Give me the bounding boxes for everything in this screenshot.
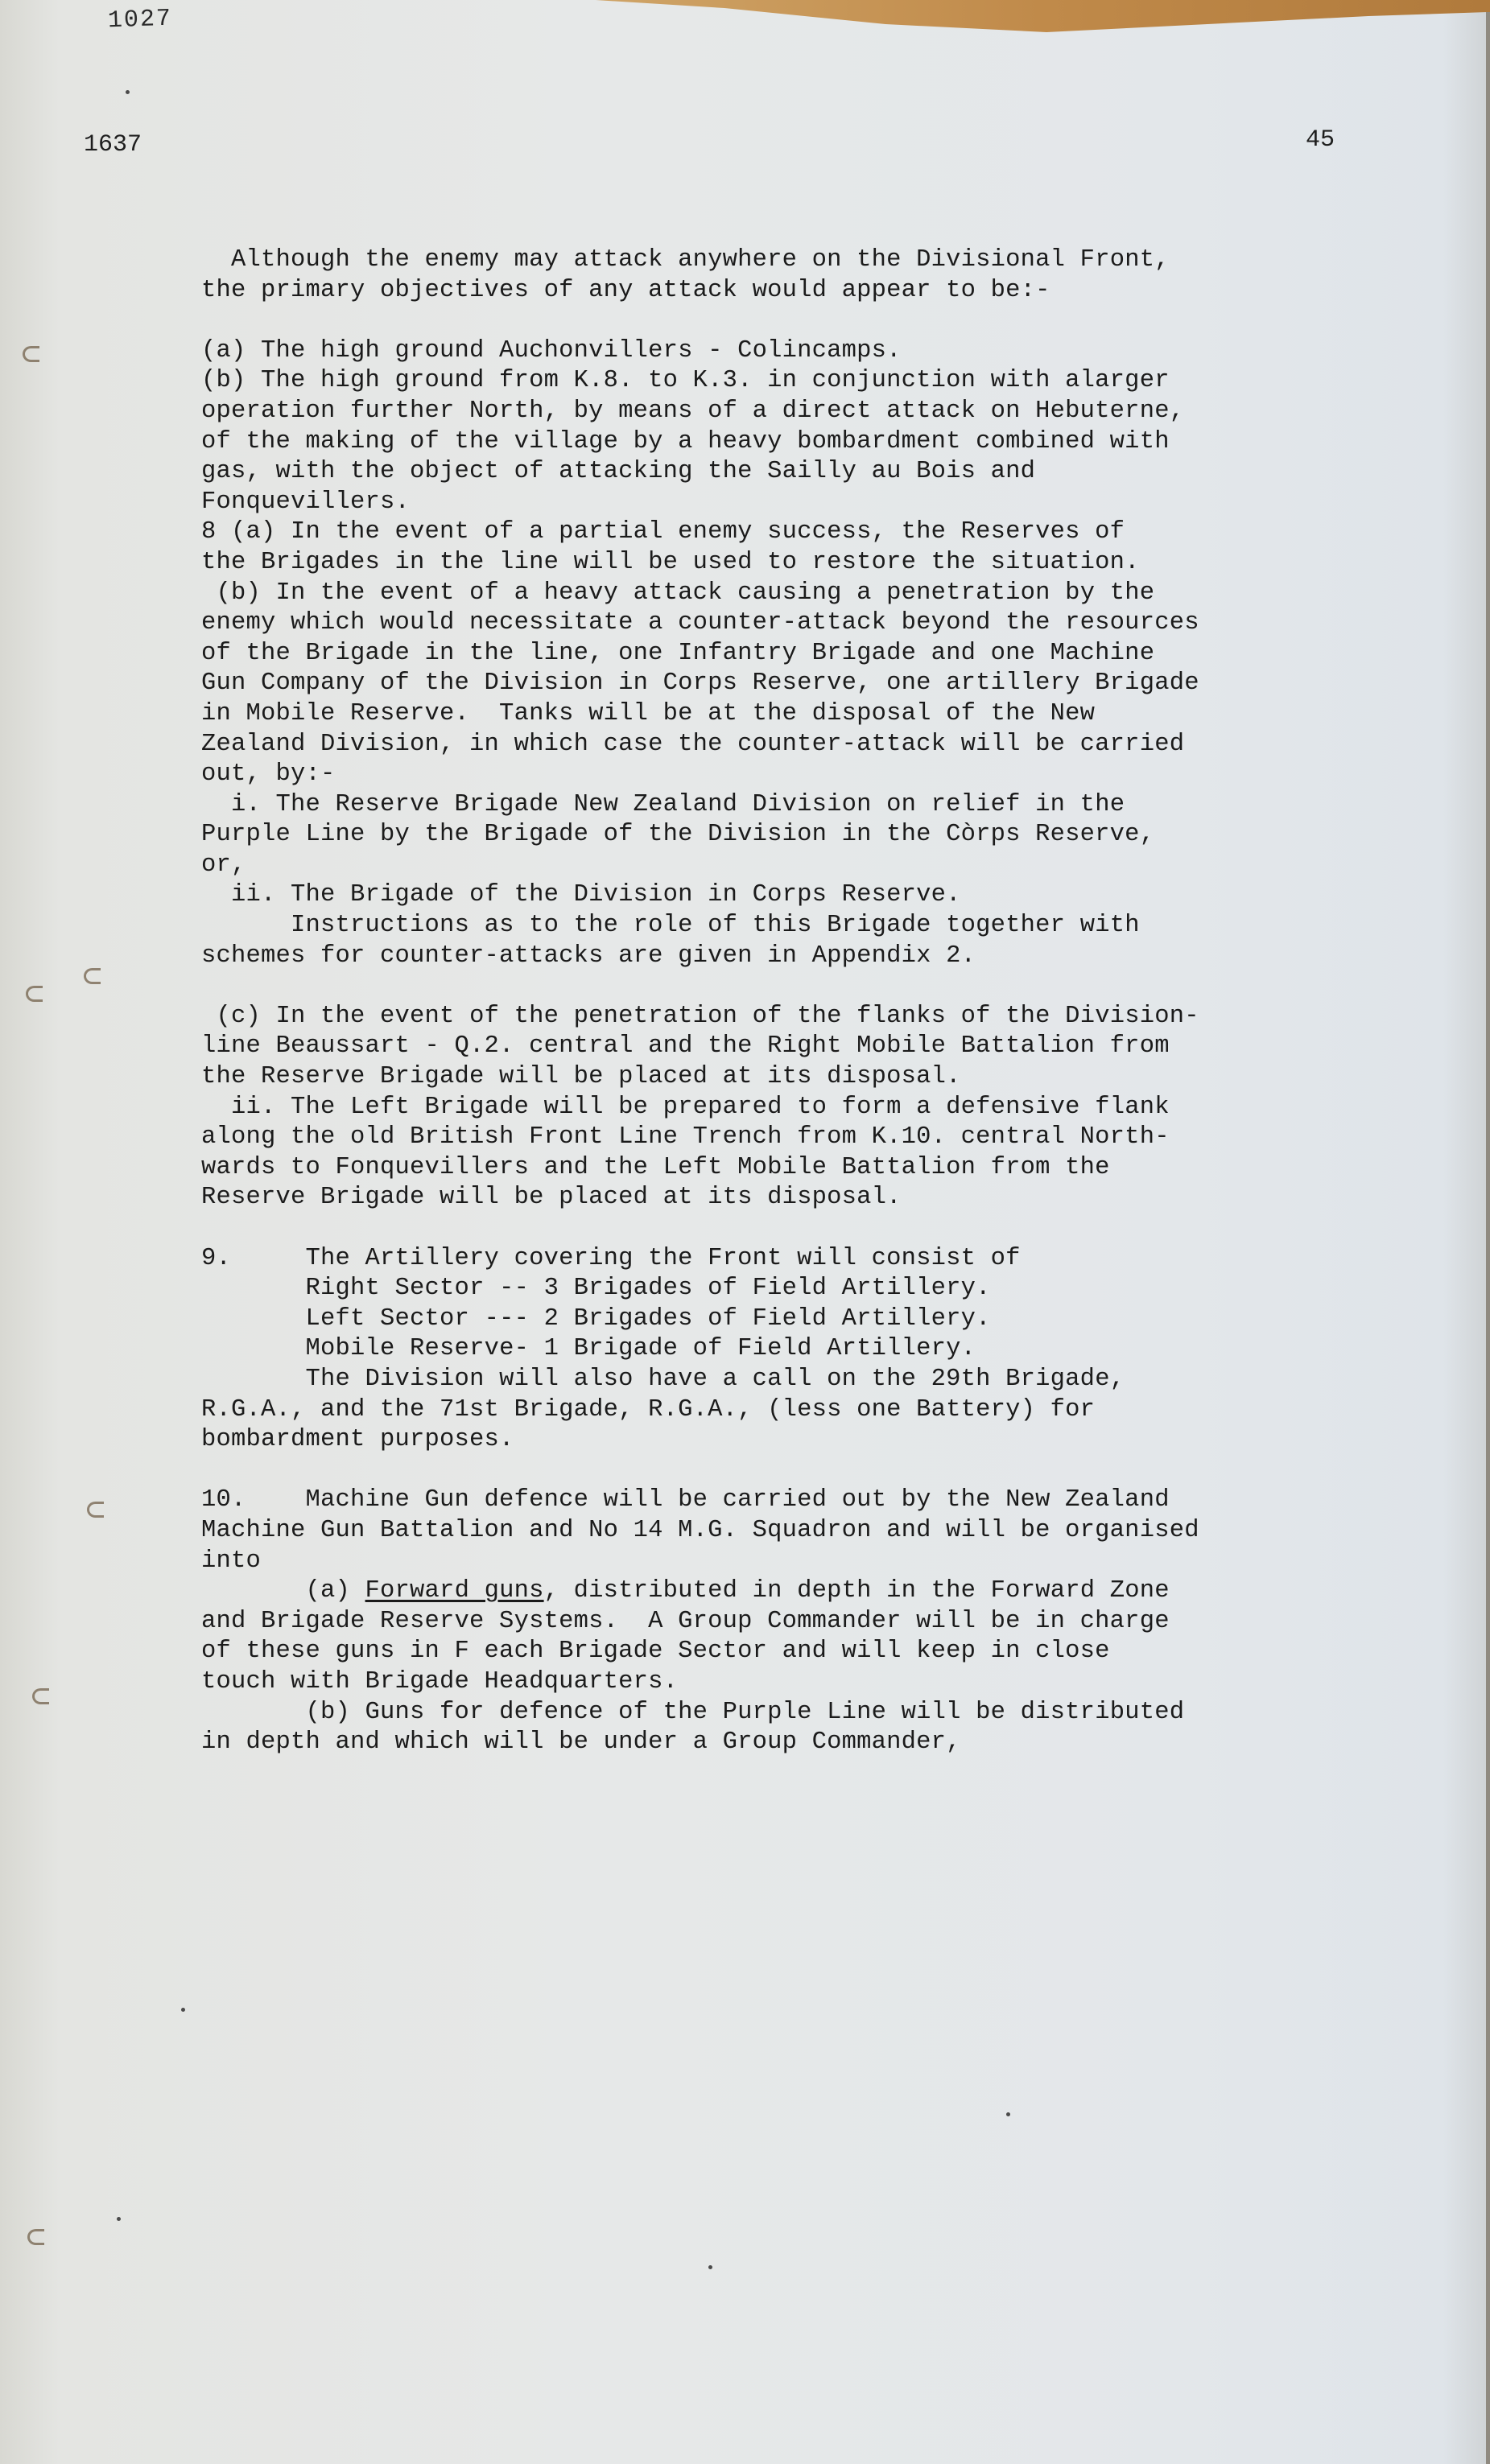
underlined-term: Forward guns (365, 1577, 544, 1605)
handwritten-reference: 1027 (107, 6, 172, 35)
text-line: line Beaussart - Q.2. central and the Ri… (201, 1032, 1489, 1062)
text-line: ii. The Brigade of the Division in Corps… (201, 880, 1489, 911)
line-text: Zealand Division, in which case the coun… (201, 731, 1184, 758)
text-line: (b) Guns for defence of the Purple Line … (201, 1698, 1489, 1729)
line-text: the Reserve Brigade will be placed at it… (201, 1063, 961, 1090)
text-line: Purple Line by the Brigade of the Divisi… (201, 820, 1489, 851)
line-text: enemy which would necessitate a counter-… (201, 609, 1199, 637)
line-text: of the Brigade in the line, one Infantry… (201, 640, 1154, 667)
text-line: enemy which would necessitate a counter-… (201, 608, 1489, 639)
line-text: Mobile Reserve- 1 Brigade of Field Artil… (306, 1335, 976, 1362)
line-text: or, (201, 851, 246, 879)
line-text: Purple Line by the Brigade of the Divisi… (201, 821, 1154, 848)
text-line: out, by:- (201, 760, 1489, 790)
line-text: Machine Gun Battalion and No 14 M.G. Squ… (201, 1517, 1199, 1544)
text-line: Left Sector --- 2 Brigades of Field Arti… (201, 1304, 1489, 1335)
text-line: bombardment purposes. (201, 1425, 1489, 1456)
punch-hole-mark (84, 968, 101, 984)
text-line: and Brigade Reserve Systems. A Group Com… (201, 1607, 1489, 1638)
text-line: ii. The Left Brigade will be prepared to… (201, 1093, 1489, 1123)
line-text: touch with Brigade Headquarters. (201, 1668, 678, 1696)
line-text: 8 (a) In the event of a partial enemy su… (201, 518, 1125, 546)
text-line: 9. The Artillery covering the Front will… (201, 1244, 1489, 1275)
text-line: along the old British Front Line Trench … (201, 1123, 1489, 1153)
line-text: Although the enemy may attack anywhere o… (231, 246, 1170, 274)
line-text: the Brigades in the line will be used to… (201, 549, 1140, 576)
punch-hole-mark (27, 2229, 44, 2245)
text-line: R.G.A., and the 71st Brigade, R.G.A., (l… (201, 1395, 1489, 1426)
line-text: (c) In the event of the penetration of t… (217, 1003, 1199, 1030)
line-text: (b) Guns for defence of the Purple Line … (306, 1699, 1185, 1726)
text-line: (b) In the event of a heavy attack causi… (201, 579, 1489, 609)
text-line: Machine Gun Battalion and No 14 M.G. Squ… (201, 1516, 1489, 1547)
punch-hole-mark (87, 1502, 104, 1518)
line-text: (b) The high ground from K.8. to K.3. in… (201, 367, 1170, 394)
page-id: 1637 (84, 131, 142, 159)
paragraph-gap (201, 1213, 1489, 1244)
ink-speck (1006, 2112, 1010, 2116)
document-body: Although the enemy may attack anywhere o… (201, 245, 1489, 1758)
line-text: the primary objectives of any attack wou… (201, 277, 1050, 304)
line-text: out, by:- (201, 760, 336, 788)
text-line: the Brigades in the line will be used to… (201, 548, 1489, 579)
text-line: Zealand Division, in which case the coun… (201, 730, 1489, 760)
text-line: Right Sector -- 3 Brigades of Field Arti… (201, 1274, 1489, 1304)
text-line: the Reserve Brigade will be placed at it… (201, 1062, 1489, 1093)
line-text: in Mobile Reserve. Tanks will be at the … (201, 700, 1095, 727)
paragraph-gap (201, 306, 1489, 336)
line-text: gas, with the object of attacking the Sa… (201, 458, 1035, 485)
text-line: schemes for counter-attacks are given in… (201, 942, 1489, 972)
line-text: (a) The high ground Auchonvillers - Coli… (201, 337, 902, 365)
text-line: Fonquevillers. (201, 488, 1489, 518)
line-text: in depth and which will be under a Group… (201, 1729, 961, 1756)
text-line: (a) Forward guns, distributed in depth i… (201, 1576, 1489, 1607)
text-line: (c) In the event of the penetration of t… (201, 1002, 1489, 1032)
paragraph-gap (201, 971, 1489, 1002)
text-line: wards to Fonquevillers and the Left Mobi… (201, 1153, 1489, 1184)
text-line: of the making of the village by a heavy … (201, 427, 1489, 458)
line-text: (b) In the event of a heavy attack causi… (217, 579, 1155, 607)
line-text: schemes for counter-attacks are given in… (201, 942, 976, 970)
line-text: 10. Machine Gun defence will be carried … (201, 1486, 1170, 1514)
line-text: The Division will also have a call on th… (306, 1366, 1125, 1393)
text-line: of the Brigade in the line, one Infantry… (201, 639, 1489, 670)
line-text: of the making of the village by a heavy … (201, 428, 1170, 455)
line-text: ii. The Brigade of the Division in Corps… (217, 881, 961, 909)
page-number: 45 (1306, 126, 1335, 154)
text-line: or, (201, 851, 1489, 881)
line-text: ii. The Left Brigade will be prepared to… (217, 1094, 1170, 1121)
text-line: operation further North, by means of a d… (201, 397, 1489, 427)
line-text: wards to Fonquevillers and the Left Mobi… (201, 1154, 1110, 1181)
line-text: bombardment purposes. (201, 1426, 514, 1453)
line-text: i. The Reserve Brigade New Zealand Divis… (231, 791, 1125, 818)
text-line: Reserve Brigade will be placed at its di… (201, 1183, 1489, 1213)
punch-hole-mark (26, 986, 43, 1002)
text-line: 8 (a) In the event of a partial enemy su… (201, 517, 1489, 548)
ink-speck (126, 90, 130, 94)
ink-speck (708, 2265, 712, 2269)
line-text: , distributed in depth in the Forward Zo… (544, 1577, 1170, 1605)
text-line: Although the enemy may attack anywhere o… (201, 245, 1489, 276)
line-text: Left Sector --- 2 Brigades of Field Arti… (306, 1305, 991, 1333)
line-text: Fonquevillers. (201, 488, 410, 516)
text-line: 10. Machine Gun defence will be carried … (201, 1485, 1489, 1516)
text-line: Gun Company of the Division in Corps Res… (201, 669, 1489, 699)
text-line: Instructions as to the role of this Brig… (201, 911, 1489, 942)
line-text: Instructions as to the role of this Brig… (291, 912, 1140, 939)
line-text: Gun Company of the Division in Corps Res… (201, 670, 1199, 697)
show-through-text (926, 1947, 1142, 1972)
ink-speck (117, 2217, 121, 2221)
text-line: touch with Brigade Headquarters. (201, 1667, 1489, 1698)
line-text: line Beaussart - Q.2. central and the Ri… (201, 1032, 1170, 1060)
line-text: Reserve Brigade will be placed at its di… (201, 1184, 902, 1211)
line-text: operation further North, by means of a d… (201, 398, 1184, 425)
line-text: along the old British Front Line Trench … (201, 1123, 1170, 1151)
ink-speck (181, 2008, 185, 2012)
line-text: into (201, 1547, 261, 1575)
punch-hole-mark (23, 346, 39, 362)
text-line: (a) The high ground Auchonvillers - Coli… (201, 336, 1489, 367)
line-text: of these guns in F each Brigade Sector a… (201, 1638, 1110, 1665)
paragraph-gap (201, 1456, 1489, 1486)
text-line: in depth and which will be under a Group… (201, 1728, 1489, 1758)
text-line: Mobile Reserve- 1 Brigade of Field Artil… (201, 1334, 1489, 1365)
text-line: the primary objectives of any attack wou… (201, 276, 1489, 307)
punch-hole-mark (32, 1688, 49, 1704)
line-text: 9. The Artillery covering the Front will… (201, 1245, 1021, 1272)
text-line: (b) The high ground from K.8. to K.3. in… (201, 366, 1489, 397)
text-line: i. The Reserve Brigade New Zealand Divis… (201, 790, 1489, 821)
text-line: into (201, 1547, 1489, 1577)
line-text: and Brigade Reserve Systems. A Group Com… (201, 1608, 1170, 1635)
line-text: Right Sector -- 3 Brigades of Field Arti… (306, 1275, 991, 1302)
text-line: of these guns in F each Brigade Sector a… (201, 1637, 1489, 1667)
line-text: R.G.A., and the 71st Brigade, R.G.A., (l… (201, 1396, 1095, 1424)
text-line: The Division will also have a call on th… (201, 1365, 1489, 1395)
text-line: in Mobile Reserve. Tanks will be at the … (201, 699, 1489, 730)
text-line: gas, with the object of attacking the Sa… (201, 457, 1489, 488)
